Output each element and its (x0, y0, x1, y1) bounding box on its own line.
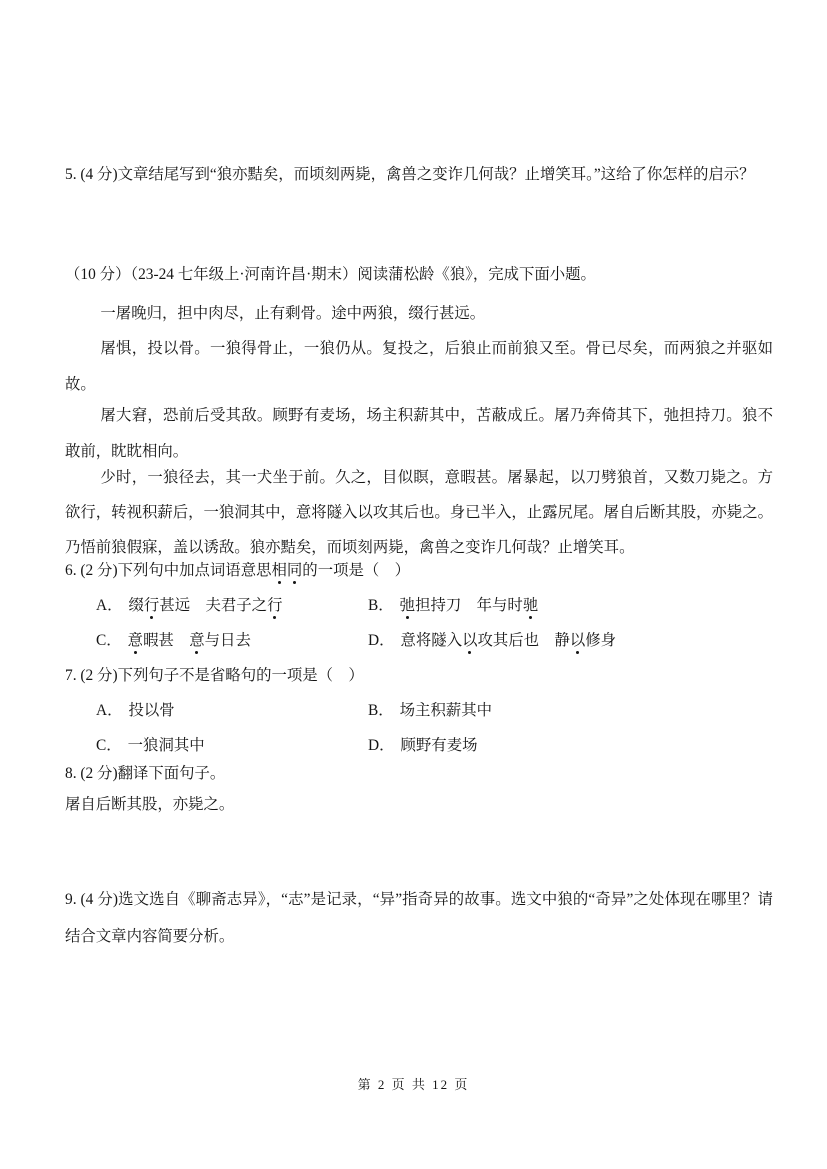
question-7: 7. (2 分)下列句子不是省略句的一项是（ ） A． 投以骨 B． 场主积薪其… (65, 661, 773, 758)
option-text: 顾野有麦场 (401, 734, 773, 758)
question-6: 6. (2 分)下列句中加点词语意思相同的一项是（ ） A． 缀行甚远 夫君子之… (65, 556, 773, 653)
question-6-option-b: B． 弛担持刀 年与时驰 (368, 594, 773, 618)
question-7-option-a: A． 投以骨 (96, 699, 368, 723)
question-6-stem: 6. (2 分)下列句中加点词语意思相同的一项是（ ） (65, 556, 773, 586)
option-text: 弛担持刀 年与时驰 (400, 594, 773, 618)
question-5-text: 5. (4 分)文章结尾写到“狼亦黠矣，而顷刻两毙，禽兽之变诈几何哉？止增笑耳。… (65, 160, 773, 190)
question-8: 8. (2 分)翻译下面句子。 屠自后断其股，亦毙之。 (65, 759, 773, 820)
option-text: 意将隧入以攻其后也 静以修身 (401, 629, 773, 653)
option-text: 场主积薪其中 (400, 699, 773, 723)
question-7-options-row-2: C． 一狼洞其中 D． 顾野有麦场 (65, 734, 773, 758)
option-label: C． (96, 629, 122, 653)
question-7-options: A． 投以骨 B． 场主积薪其中 C． 一狼洞其中 D． 顾野有麦场 (65, 699, 773, 758)
passage-intro: （10 分）（23-24 七年级上·河南许昌·期末）阅读蒲松龄《狼》，完成下面小… (65, 260, 773, 290)
question-9-text: 9. (4 分)选文选自《聊斋志异》，“志”是记录，“异”指奇异的故事。选文中狼… (65, 881, 773, 955)
question-7-option-b: B． 场主积薪其中 (368, 699, 773, 723)
page-footer: 第 2 页 共 12 页 (0, 1076, 827, 1094)
question-7-stem: 7. (2 分)下列句子不是省略句的一项是（ ） (65, 661, 773, 691)
option-label: B． (368, 699, 394, 723)
passage-paragraph-2: 屠惧，投以骨。一狼得骨止，一狼仍从。复投之，后狼止而前狼又至。骨已尽矣，而两狼之… (65, 331, 773, 403)
passage-paragraph-4: 少时，一狼径去，其一犬坐于前。久之，目似瞑，意暇甚。屠暴起，以刀劈狼首，又数刀毙… (65, 460, 773, 565)
question-6-option-a: A． 缀行甚远 夫君子之行 (96, 594, 368, 618)
question-7-option-c: C． 一狼洞其中 (96, 734, 368, 758)
option-label: A． (96, 699, 123, 723)
question-6-options-row-2: C． 意暇甚 意与日去 D． 意将隧入以攻其后也 静以修身 (65, 629, 773, 653)
option-text: 意暇甚 意与日去 (128, 629, 368, 653)
exam-page: 5. (4 分)文章结尾写到“狼亦黠矣，而顷刻两毙，禽兽之变诈几何哉？止增笑耳。… (0, 0, 827, 1169)
question-7-options-row-1: A． 投以骨 B． 场主积薪其中 (65, 699, 773, 723)
option-text: 一狼洞其中 (128, 734, 368, 758)
option-text: 缀行甚远 夫君子之行 (129, 594, 368, 618)
question-8-sentence: 屠自后断其股，亦毙之。 (65, 790, 773, 820)
option-label: D． (368, 734, 395, 758)
option-label: D． (368, 629, 395, 653)
option-text: 投以骨 (129, 699, 368, 723)
passage-paragraph-1: 一屠晚归，担中肉尽，止有剩骨。途中两狼，缀行甚远。 (65, 296, 773, 332)
question-8-stem: 8. (2 分)翻译下面句子。 (65, 759, 773, 789)
question-7-option-d: D． 顾野有麦场 (368, 734, 773, 758)
option-label: A． (96, 594, 123, 618)
question-6-option-c: C． 意暇甚 意与日去 (96, 629, 368, 653)
option-label: B． (368, 594, 394, 618)
question-6-options-row-1: A． 缀行甚远 夫君子之行 B． 弛担持刀 年与时驰 (65, 594, 773, 618)
question-6-options: A． 缀行甚远 夫君子之行 B． 弛担持刀 年与时驰 C． 意暇甚 意与日去 D… (65, 594, 773, 653)
option-label: C． (96, 734, 122, 758)
question-6-option-d: D． 意将隧入以攻其后也 静以修身 (368, 629, 773, 653)
